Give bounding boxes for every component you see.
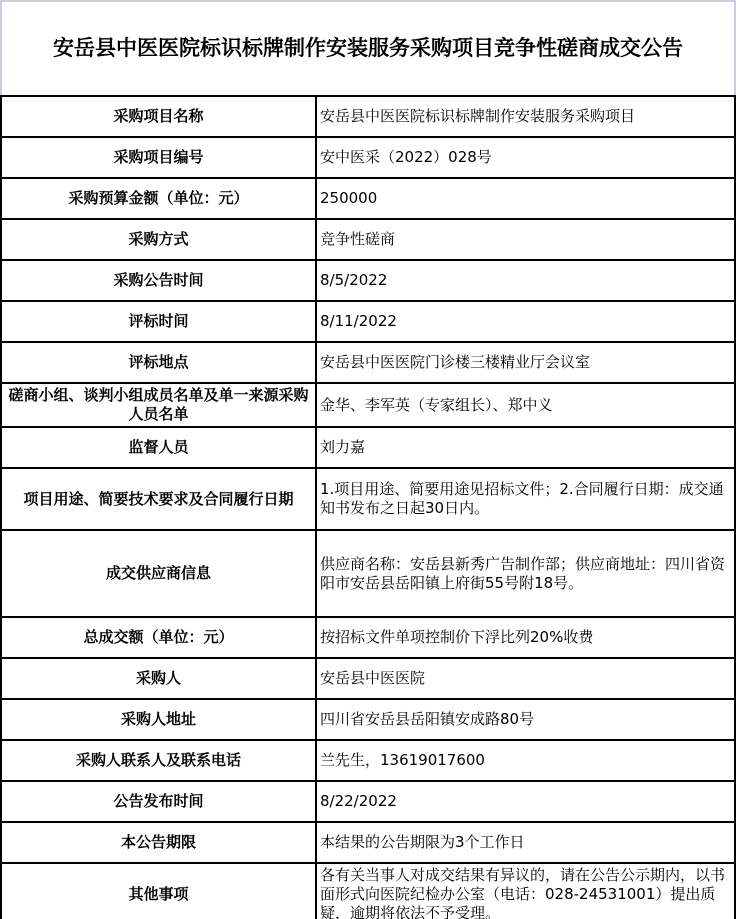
table-row-purchaser: 采购人 安岳县中医医院 [1,658,735,699]
table-row-evaluation-location: 评标地点 安岳县中医医院门诊楼三楼精业厅会议室 [1,342,735,383]
row-value: 安岳县中医医院门诊楼三楼精业厅会议室 [316,342,735,383]
table-row-budget-amount: 采购预算金额（单位：元） 250000 [1,178,735,219]
table-row-supervisors: 监督人员 刘力嘉 [1,427,735,468]
row-value: 1.项目用途、简要用途见招标文件；2.合同履行日期：成交通知书发布之日起30日内… [316,468,735,530]
row-label: 采购方式 [1,219,316,260]
row-value: 竞争性磋商 [316,219,735,260]
row-value: 8/5/2022 [316,260,735,301]
row-label: 评标时间 [1,301,316,342]
procurement-info-table: 采购项目名称 安岳县中医医院标识标牌制作安装服务采购项目 采购项目编号 安中医采… [0,95,736,919]
row-label: 总成交额（单位：元） [1,617,316,658]
row-label: 本公告期限 [1,822,316,863]
row-label: 监督人员 [1,427,316,468]
table-row-announcement-period: 本公告期限 本结果的公告期限为3个工作日 [1,822,735,863]
row-value: 安岳县中医医院 [316,658,735,699]
row-label: 采购预算金额（单位：元） [1,178,316,219]
announcement-title: 安岳县中医医院标识标牌制作安装服务采购项目竞争性磋商成交公告 [0,0,736,95]
table-row-procurement-method: 采购方式 竞争性磋商 [1,219,735,260]
row-label: 采购项目编号 [1,137,316,178]
row-label: 公告发布时间 [1,781,316,822]
row-label: 采购项目名称 [1,96,316,137]
table-row-purchaser-contact: 采购人联系人及联系电话 兰先生，13619017600 [1,740,735,781]
row-label: 磋商小组、谈判小组成员名单及单一来源采购人员名单 [1,383,316,427]
table-row-evaluation-time: 评标时间 8/11/2022 [1,301,735,342]
table-row-total-amount: 总成交额（单位：元） 按招标文件单项控制价下浮比列20%收费 [1,617,735,658]
row-value: 金华、李军英（专家组长）、郑中义 [316,383,735,427]
row-value: 四川省安岳县岳阳镇安成路80号 [316,699,735,740]
table-row-publish-time: 公告发布时间 8/22/2022 [1,781,735,822]
row-value: 8/11/2022 [316,301,735,342]
row-value: 安中医采（2022）028号 [316,137,735,178]
table-row-project-name: 采购项目名称 安岳县中医医院标识标牌制作安装服务采购项目 [1,96,735,137]
row-value: 供应商名称：安岳县新秀广告制作部；供应商地址：四川省资阳市安岳县岳阳镇上府街55… [316,530,735,617]
row-value: 8/22/2022 [316,781,735,822]
table-row-announcement-time: 采购公告时间 8/5/2022 [1,260,735,301]
row-value: 刘力嘉 [316,427,735,468]
row-label: 采购人联系人及联系电话 [1,740,316,781]
row-value: 兰先生，13619017600 [316,740,735,781]
table-row-purchaser-address: 采购人地址 四川省安岳县岳阳镇安成路80号 [1,699,735,740]
row-value: 本结果的公告期限为3个工作日 [316,822,735,863]
row-label: 成交供应商信息 [1,530,316,617]
row-value: 安岳县中医医院标识标牌制作安装服务采购项目 [316,96,735,137]
announcement-document: 安岳县中医医院标识标牌制作安装服务采购项目竞争性磋商成交公告 采购项目名称 安岳… [0,0,736,919]
row-label: 项目用途、简要技术要求及合同履行日期 [1,468,316,530]
row-value: 按招标文件单项控制价下浮比列20%收费 [316,617,735,658]
table-row-project-usage: 项目用途、简要技术要求及合同履行日期 1.项目用途、简要用途见招标文件；2.合同… [1,468,735,530]
row-label: 采购人 [1,658,316,699]
row-label: 评标地点 [1,342,316,383]
table-row-winning-supplier-info: 成交供应商信息 供应商名称：安岳县新秀广告制作部；供应商地址：四川省资阳市安岳县… [1,530,735,617]
row-value: 各有关当事人对成交结果有异议的，请在公告公示期内，以书面形式向医院纪检办公室（电… [316,863,735,919]
table-row-panel-members: 磋商小组、谈判小组成员名单及单一来源采购人员名单 金华、李军英（专家组长）、郑中… [1,383,735,427]
row-value: 250000 [316,178,735,219]
table-row-other-matters: 其他事项 各有关当事人对成交结果有异议的，请在公告公示期内，以书面形式向医院纪检… [1,863,735,919]
table-row-project-number: 采购项目编号 安中医采（2022）028号 [1,137,735,178]
row-label: 采购公告时间 [1,260,316,301]
row-label: 采购人地址 [1,699,316,740]
row-label: 其他事项 [1,863,316,919]
